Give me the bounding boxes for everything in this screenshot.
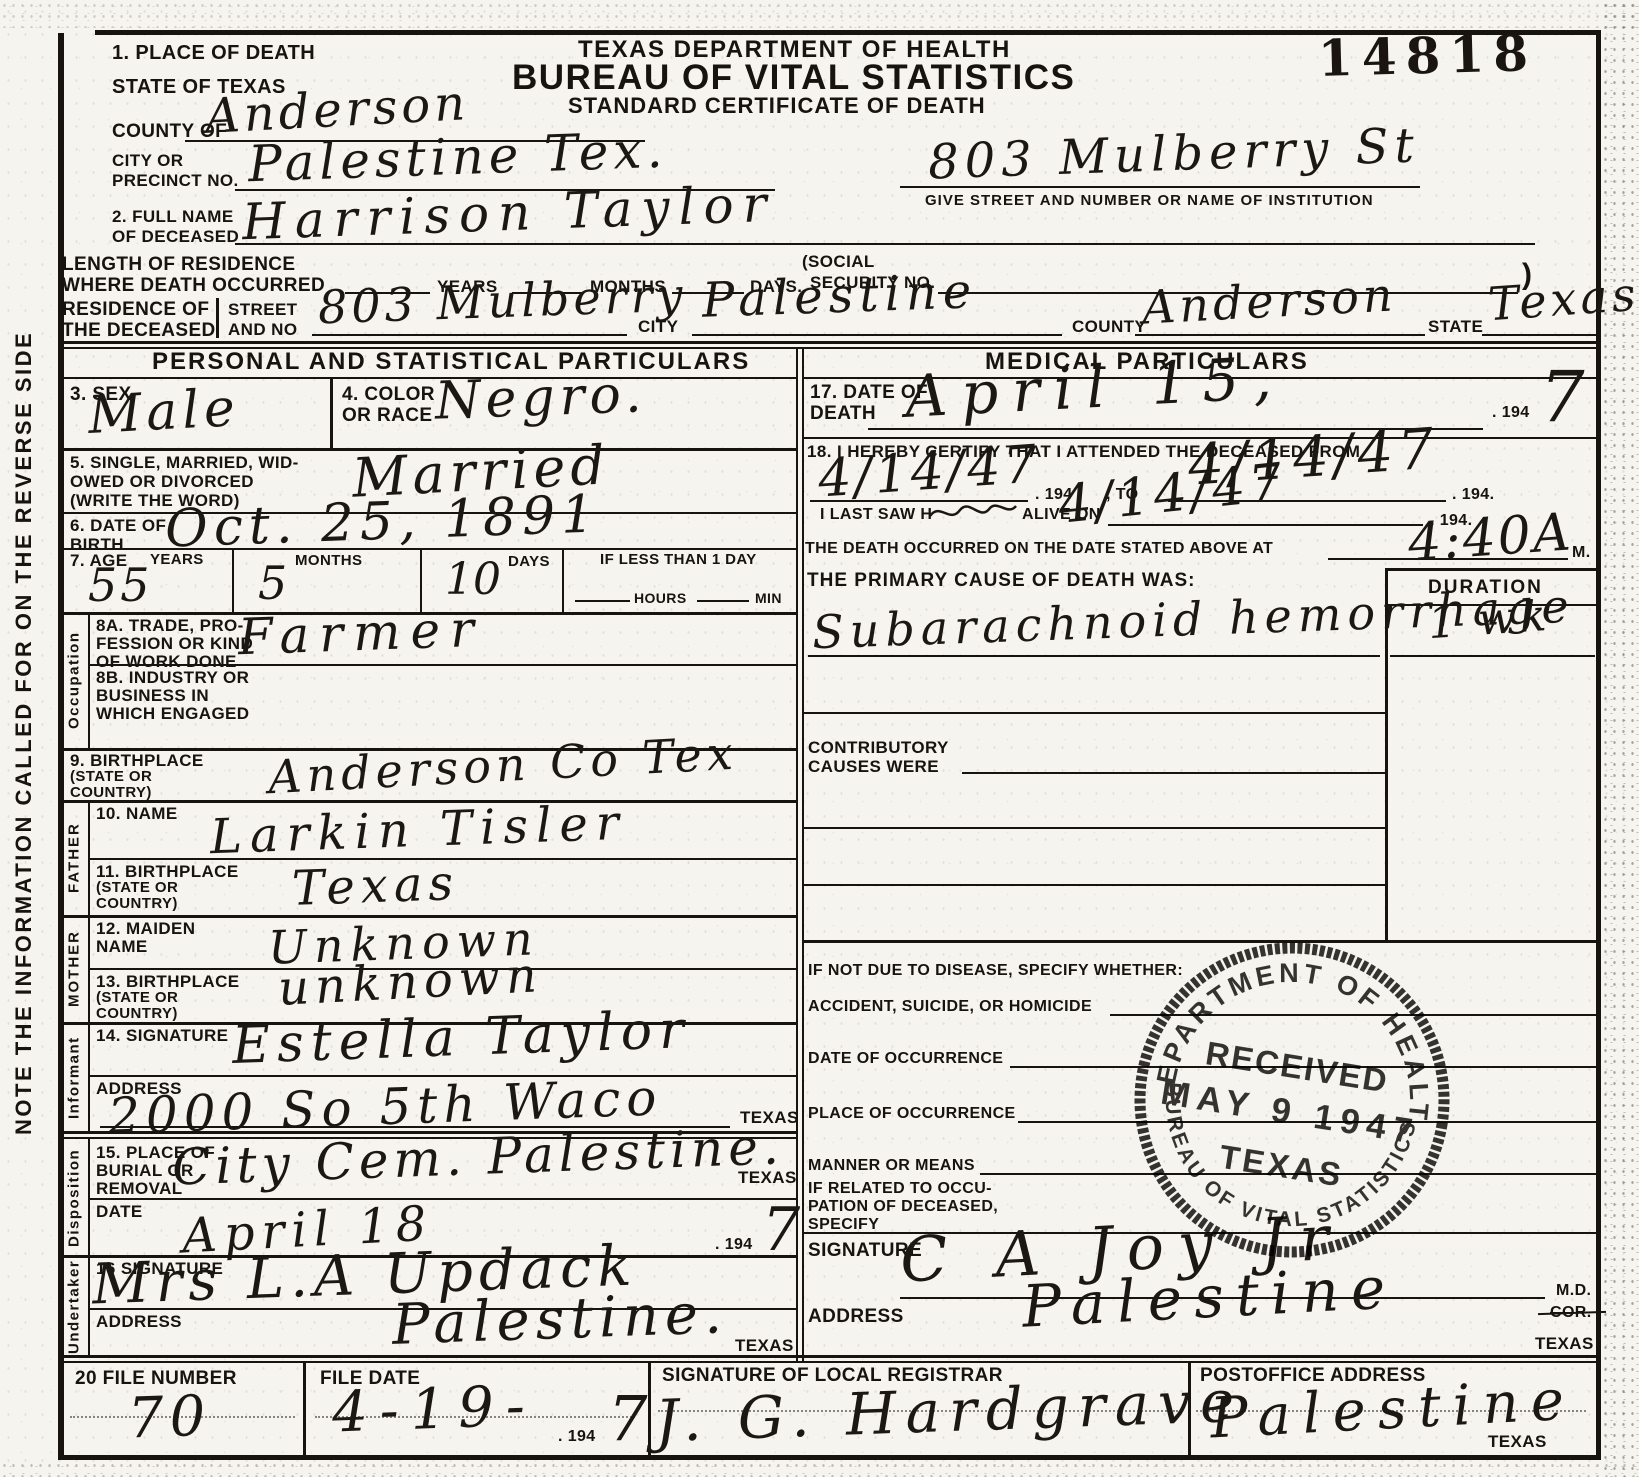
- last-saw-date-value: 4/14/47: [1056, 456, 1289, 532]
- father-bp-label3: COUNTRY): [96, 896, 178, 913]
- full-name-label: 2. FULL NAME: [112, 207, 234, 226]
- length-residence-label: LENGTH OF RESIDENCE: [62, 254, 296, 275]
- rule: [235, 243, 1535, 245]
- rule: [803, 884, 1385, 886]
- marital-label: 5. SINGLE, MARRIED, WID-: [70, 453, 299, 472]
- date-occurrence-label: DATE OF OCCURRENCE: [808, 1050, 1003, 1068]
- age-years-label: YEARS: [150, 552, 204, 569]
- hours-label: HOURS: [634, 591, 687, 607]
- md-label: M.D.: [1556, 1282, 1591, 1300]
- informant-signature-value: Estella Taylor: [231, 1004, 691, 1072]
- duration-value: 1 wk: [1427, 594, 1552, 646]
- rule: [803, 827, 1385, 829]
- residence-of-label: RESIDENCE OF: [62, 299, 209, 320]
- min-label: MIN: [755, 591, 782, 607]
- industry-label2: BUSINESS IN: [96, 686, 209, 705]
- place-occurrence-label: PLACE OF OCCURRENCE: [808, 1105, 1016, 1123]
- rule: [88, 664, 798, 666]
- city-label2: PRECINCT NO.: [112, 171, 239, 190]
- dod-label2: DEATH: [810, 403, 876, 424]
- father-name-label: 10. NAME: [96, 804, 178, 823]
- received-stamp: DEPARTMENT OF HEALTH BUREAU OF VITAL STA…: [1118, 926, 1466, 1274]
- dob-value: Oct. 25, 1891: [164, 488, 601, 555]
- less-than-day-label: IF LESS THAN 1 DAY: [600, 552, 757, 569]
- rule: [962, 772, 1385, 774]
- color-value: Negro.: [434, 368, 647, 427]
- mother-bp-label3: COUNTRY): [96, 1006, 178, 1023]
- length-residence-label2: WHERE DEATH OCCURRED: [62, 275, 325, 296]
- rule: [692, 334, 1062, 336]
- street-and-no-label: STREET: [228, 300, 297, 319]
- scan-edge-noise-top: [0, 0, 1639, 28]
- age-months-label: MONTHS: [295, 553, 362, 570]
- bureau-title: BUREAU OF VITAL STATISTICS: [512, 58, 1075, 98]
- residence-street-value: 803 Mulberry: [317, 272, 687, 331]
- father-side-label: FATHER: [62, 802, 86, 913]
- street-value: 803 Mulberry St: [927, 121, 1420, 186]
- trade-label: 8A. TRADE, PRO-: [96, 616, 244, 635]
- attended-from-value: 4/14/47: [816, 438, 1041, 505]
- death-time-value: 4:40A: [1406, 506, 1574, 569]
- rule: [808, 655, 1380, 657]
- rule: [88, 1022, 90, 1133]
- rule: [1596, 30, 1601, 1460]
- marital-label2: OWED OR DIVORCED: [70, 472, 254, 491]
- rule: [648, 1363, 651, 1455]
- rule: [697, 600, 749, 602]
- rule: [58, 377, 798, 379]
- sex-value: Male: [87, 382, 241, 442]
- residence-of-label2: THE DECEASED: [62, 320, 216, 341]
- informant-side-label: Informant: [62, 1024, 86, 1131]
- industry-label: 8B. INDUSTRY OR: [96, 668, 249, 687]
- dob-label: 6. DATE OF: [70, 516, 166, 535]
- rule: [803, 712, 1385, 714]
- rule: [312, 334, 627, 336]
- burial-year-printed: . 194: [715, 1236, 753, 1254]
- rule: [58, 1355, 1601, 1363]
- color-label2: OR RACE: [342, 405, 432, 426]
- dod-year-printed: . 194: [1492, 404, 1530, 422]
- contributory-label2: CAUSES WERE: [808, 757, 939, 776]
- accident-label: ACCIDENT, SUICIDE, OR HOMICIDE: [808, 998, 1092, 1016]
- handwritten-scribble: [928, 500, 1018, 526]
- residence-city-label: CITY: [638, 317, 678, 336]
- rule: [88, 612, 90, 748]
- certificate-number: 14818: [1317, 23, 1537, 88]
- scan-edge-noise-right: [1601, 0, 1639, 1477]
- undertaker-address-state: TEXAS: [735, 1336, 794, 1355]
- color-label: 4. COLOR: [342, 384, 435, 405]
- file-year-hw: 7: [608, 1388, 647, 1450]
- occupation-side-label: Occupation: [62, 614, 86, 746]
- residence-state-value: Texas: [1487, 271, 1639, 327]
- rule: [58, 548, 798, 550]
- physician-address-state: TEXAS: [1535, 1334, 1594, 1353]
- registrar-value: J. G. Hardgrave: [654, 1372, 1244, 1450]
- rule: [575, 600, 630, 602]
- related-occupation-label2: PATION OF DECEASED,: [808, 1198, 998, 1216]
- age-days-value: 10: [445, 558, 501, 602]
- rule: [1482, 334, 1596, 336]
- rule: [330, 378, 333, 448]
- birthplace-value: Anderson Co Tex: [267, 730, 739, 801]
- to-year-printed: . 194.: [1452, 486, 1494, 504]
- city-label: CITY OR: [112, 151, 183, 170]
- burial-year-hw: 7: [762, 1200, 800, 1260]
- rule: [303, 1363, 306, 1455]
- death-time-m-label: M.: [1572, 544, 1591, 562]
- place-of-death-label: 1. PLACE OF DEATH: [112, 42, 315, 64]
- mother-bp-value: unknown: [277, 951, 544, 1013]
- rule: [900, 186, 1420, 188]
- burial-state: TEXAS: [738, 1168, 797, 1187]
- age-days-label: DAYS: [508, 554, 550, 571]
- standard-certificate-title: STANDARD CERTIFICATE OF DEATH: [568, 93, 986, 119]
- father-name-value: Larkin Tisler: [209, 799, 627, 862]
- brace: [216, 298, 219, 338]
- residence-city-value: Palestine: [701, 267, 978, 325]
- related-occupation-label: IF RELATED TO OCCU-: [808, 1180, 992, 1198]
- rule: [88, 1139, 90, 1255]
- rule: [1390, 655, 1595, 657]
- residence-county-value: Anderson: [1141, 271, 1397, 330]
- industry-label3: WHICH ENGAGED: [96, 704, 249, 723]
- undertaker-address-value: Palestine.: [391, 1286, 729, 1354]
- burial-label3: REMOVAL: [96, 1179, 183, 1198]
- dod-year-hw: 7: [1540, 362, 1585, 432]
- undertaker-address-label: ADDRESS: [96, 1312, 182, 1331]
- stamp-texas: TEXAS: [1217, 1138, 1346, 1194]
- trade-label2: FESSION OR KIND: [96, 634, 253, 653]
- rule: [232, 548, 234, 612]
- file-date-value: 4-19-: [331, 1378, 538, 1441]
- dod-value: April 15,: [904, 348, 1287, 426]
- rule: [88, 1198, 798, 1200]
- rule: [1135, 334, 1425, 336]
- burial-date-label: DATE: [96, 1202, 143, 1221]
- full-name-label2: OF DECEASED: [112, 227, 239, 246]
- postoffice-state: TEXAS: [1488, 1432, 1547, 1451]
- age-years-value: 55: [88, 562, 153, 608]
- scan-edge-noise-bottom: [0, 1460, 1639, 1477]
- rule: [1385, 568, 1598, 571]
- father-bp-value: Texas: [291, 859, 460, 913]
- undertaker-side-label: Undertaker: [62, 1258, 86, 1355]
- trade-value: Farmer: [237, 604, 485, 663]
- informant-signature-label: 14. SIGNATURE: [96, 1026, 228, 1045]
- rule: [562, 548, 564, 612]
- maiden-label2: NAME: [96, 937, 148, 956]
- age-months-value: 5: [258, 560, 287, 606]
- mother-side-label: MOTHER: [62, 917, 86, 1020]
- rule: [802, 349, 804, 1363]
- reverse-side-note: NOTE THE INFORMATION CALLED FOR ON THE R…: [4, 280, 44, 1185]
- rule: [88, 1255, 90, 1355]
- physician-address-label: ADDRESS: [808, 1306, 904, 1327]
- last-saw-label: I LAST SAW H: [820, 506, 932, 524]
- street-and-no-label2: AND NO: [228, 320, 297, 339]
- death-occurred-label: THE DEATH OCCURRED ON THE DATE STATED AB…: [805, 540, 1273, 558]
- file-number-value: 70: [127, 1389, 212, 1448]
- rule: [1108, 524, 1423, 526]
- manner-means-label: MANNER OR MEANS: [808, 1157, 975, 1175]
- file-year-printed: . 194: [558, 1428, 596, 1446]
- contributory-label: CONTRIBUTORY: [808, 738, 949, 757]
- street-hint-label: GIVE STREET AND NUMBER OR NAME OF INSTIT…: [925, 193, 1374, 210]
- rule: [58, 1455, 1601, 1460]
- disposition-side-label: Disposition: [62, 1142, 86, 1253]
- maiden-label: 12. MAIDEN: [96, 919, 195, 938]
- residence-state-label: STATE: [1428, 317, 1483, 336]
- death-certificate-scan: NOTE THE INFORMATION CALLED FOR ON THE R…: [0, 0, 1639, 1477]
- primary-cause-label: THE PRIMARY CAUSE OF DEATH WAS:: [807, 570, 1196, 591]
